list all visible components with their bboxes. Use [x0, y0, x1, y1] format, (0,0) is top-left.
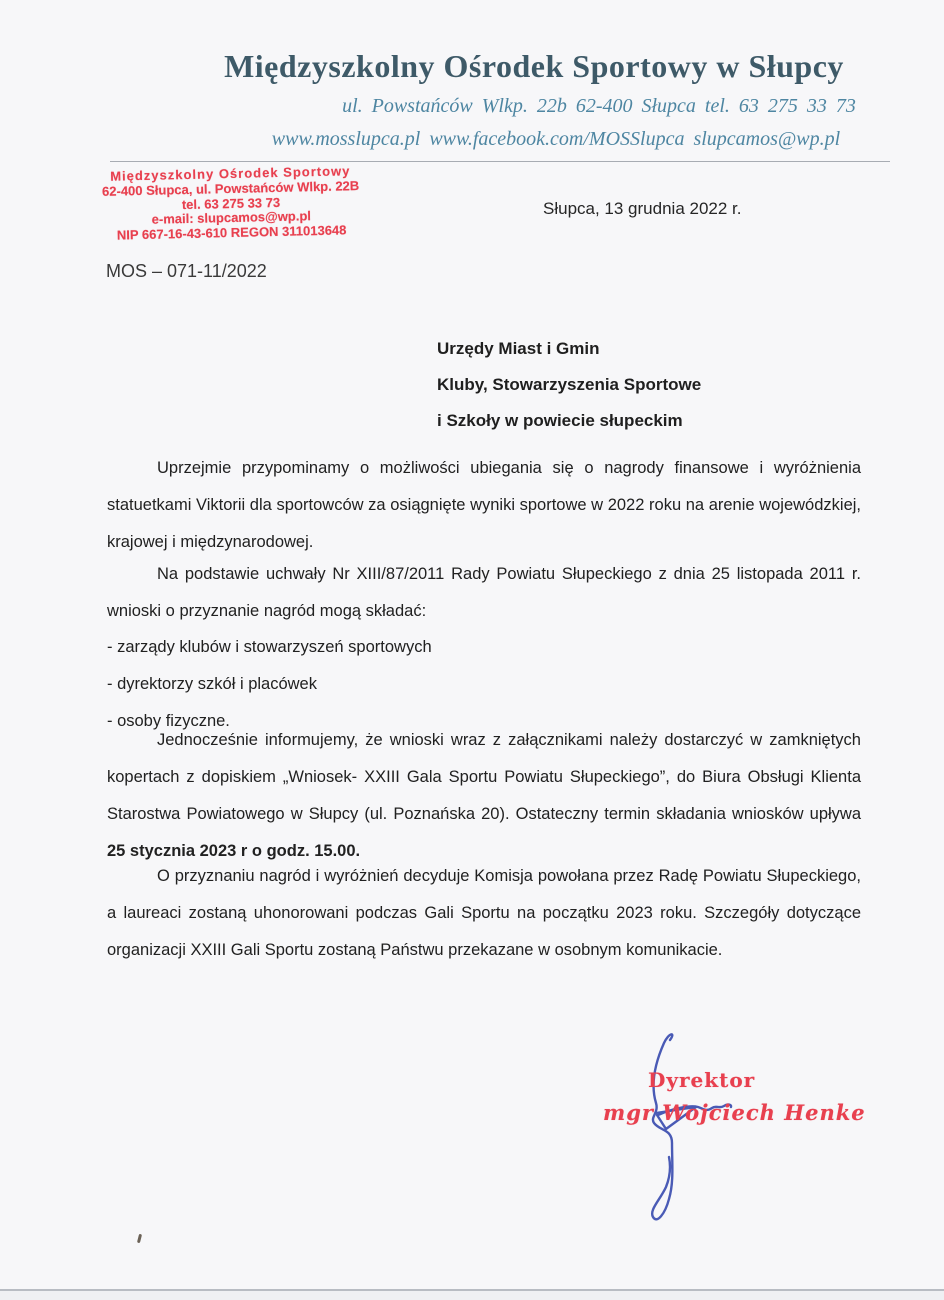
org-title: Międzyszkolny Ośrodek Sportowy w Słupcy: [62, 48, 944, 85]
handwritten-signature-ink: [590, 1030, 750, 1245]
letterhead-divider: [110, 161, 890, 162]
addressee-line: i Szkoły w powiecie słupeckim: [437, 403, 701, 439]
addressee-line: Kluby, Stowarzyszenia Sportowe: [437, 367, 701, 403]
body-paragraph-1: Uprzejmie przypominamy o możliwości ubie…: [107, 450, 861, 561]
org-address-line: ul. Powstańców Wlkp. 22b 62-400 Słupca t…: [127, 95, 944, 118]
body-paragraph-2: Na podstawie uchwały Nr XIII/87/2011 Rad…: [107, 556, 861, 630]
org-stamp: Międzyszkolny Ośrodek Sportowy 62-400 Sł…: [95, 164, 367, 244]
date-line: Słupca, 13 grudnia 2022 r.: [543, 199, 741, 219]
scan-edge-strip: [0, 1291, 944, 1300]
paragraph-3-text: Jednocześnie informujemy, że wnioski wra…: [107, 731, 861, 823]
addressee-block: Urzędy Miast i Gmin Kluby, Stowarzyszeni…: [437, 331, 701, 439]
signature-title: Dyrektor: [648, 1068, 755, 1092]
body-paragraph-3: Jednocześnie informujemy, że wnioski wra…: [107, 722, 861, 870]
list-item: - zarządy klubów i stowarzyszeń sportowy…: [107, 629, 861, 666]
body-paragraph-4: O przyznaniu nagród i wyróżnień decyduje…: [107, 858, 861, 969]
org-links-line: www.mosslupca.pl www.facebook.com/MOSSlu…: [84, 128, 944, 151]
signature-name: mgr Wojciech Henke: [603, 1100, 866, 1125]
scan-speck: [137, 1234, 142, 1243]
scanned-letter-page: Międzyszkolny Ośrodek Sportowy w Słupcy …: [0, 0, 944, 1300]
list-item: - dyrektorzy szkół i placówek: [107, 666, 861, 703]
reference-number: MOS – 071-11/2022: [106, 261, 267, 282]
addressee-line: Urzędy Miast i Gmin: [437, 331, 701, 367]
